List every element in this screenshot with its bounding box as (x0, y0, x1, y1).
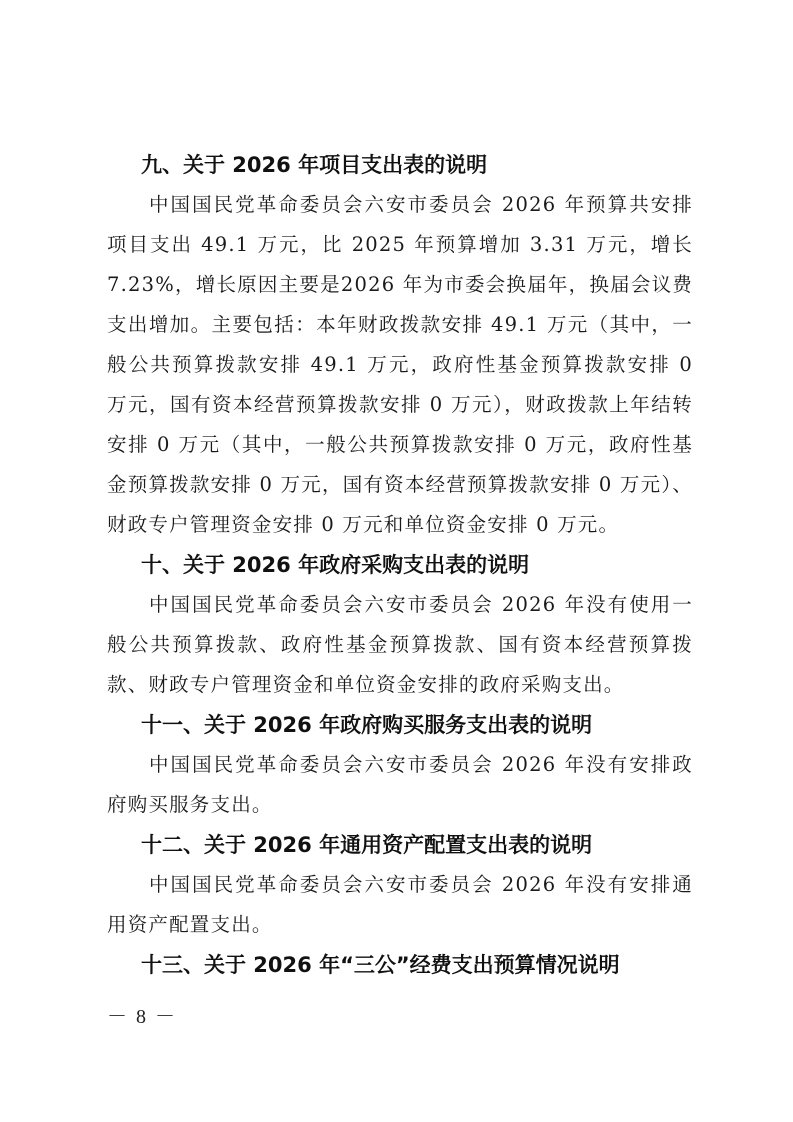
section-heading-13: 十三、关于 2026 年“三公”经费支出预算情况说明 (107, 945, 693, 985)
section-9-paragraph: 中国国民党革命委员会六安市委员会 2026 年预算共安排项目支出 49.1 万元… (107, 185, 693, 545)
section-12-paragraph: 中国国民党革命委员会六安市委员会 2026 年没有安排通用资产配置支出。 (107, 865, 693, 945)
section-heading-12: 十二、关于 2026 年通用资产配置支出表的说明 (107, 825, 693, 865)
section-heading-11: 十一、关于 2026 年政府购买服务支出表的说明 (107, 705, 693, 745)
section-heading-10: 十、关于 2026 年政府采购支出表的说明 (107, 545, 693, 585)
document-page: 九、关于 2026 年项目支出表的说明 中国国民党革命委员会六安市委员会 202… (107, 145, 693, 985)
section-heading-9: 九、关于 2026 年项目支出表的说明 (107, 145, 693, 185)
page-number: － 8 － (107, 1000, 177, 1029)
section-10-paragraph: 中国国民党革命委员会六安市委员会 2026 年没有使用一般公共预算拨款、政府性基… (107, 585, 693, 705)
section-11-paragraph: 中国国民党革命委员会六安市委员会 2026 年没有安排政府购买服务支出。 (107, 745, 693, 825)
